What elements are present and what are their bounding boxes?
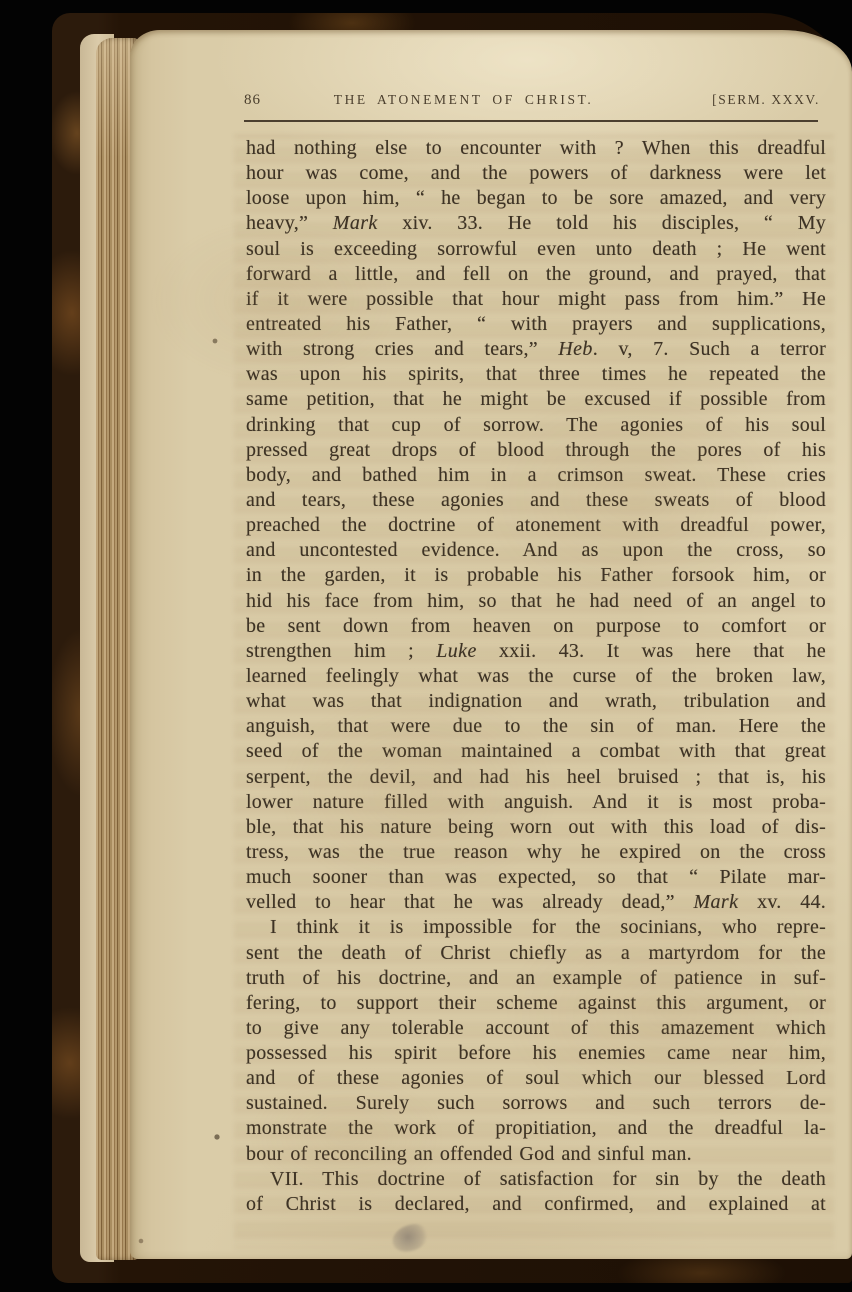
text-line: heavy,” Mark xiv. 33. He told his discip… [246,211,826,236]
sermon-reference: [SERM. XXXV. [712,92,820,108]
text-line: what was that indignation and wrath, tri… [246,689,826,714]
text-line: to give any tolerable account of this am… [246,1016,826,1041]
text-line: learned feelingly what was the curse of … [246,664,826,689]
text-line: seed of the woman maintained a combat wi… [246,739,826,764]
text-line: in the garden, it is probable his Father… [246,563,826,588]
text-line: tress, was the true reason why he expire… [246,840,826,865]
text-line: VII. This doctrine of satisfaction for s… [246,1167,826,1192]
text-line: ble, that his nature being worn out with… [246,815,826,840]
text-line: loose upon him, “ he began to be sore am… [246,186,826,211]
text-line: lower nature filled with anguish. And it… [246,790,826,815]
header-double-rule [244,120,818,125]
text-line: possessed his spirit before his enemies … [246,1041,826,1066]
text-line: I think it is impossible for the socinia… [246,915,826,940]
text-line: preached the doctrine of atonement with … [246,513,826,538]
text-line: sent the death of Christ chiefly as a ma… [246,941,826,966]
book-page: 86 THE ATONEMENT OF CHRIST. [SERM. XXXV.… [130,30,852,1259]
text-line: anguish, that were due to the sin of man… [246,714,826,739]
text-line: serpent, the devil, and had his heel bru… [246,765,826,790]
text-line: entreated his Father, “ with prayers and… [246,312,826,337]
page-number: 86 [244,92,261,109]
text-line: and tears, these agonies and these sweat… [246,488,826,513]
text-line: much sooner than was expected, so that “… [246,865,826,890]
text-line: of Christ is declared, and confirmed, an… [246,1192,826,1217]
text-line: body, and bathed him in a crimson sweat.… [246,463,826,488]
text-line: with strong cries and tears,” Heb. v, 7.… [246,337,826,362]
ink-smudge [390,1222,431,1255]
text-line: fering, to support their scheme against … [246,991,826,1016]
text-line: hid his face from him, so that he had ne… [246,589,826,614]
text-line: drinking that cup of sorrow. The agonies… [246,413,826,438]
text-line: sustained. Surely such sorrows and such … [246,1091,826,1116]
text-line: be sent down from heaven on purpose to c… [246,614,826,639]
text-line: soul is exceeding sorrowful even unto de… [246,237,826,262]
text-line: monstrate the work of propitiation, and … [246,1116,826,1141]
photo-backdrop: 86 THE ATONEMENT OF CHRIST. [SERM. XXXV.… [0,0,852,1292]
page-header: 86 THE ATONEMENT OF CHRIST. [SERM. XXXV. [244,92,820,109]
text-line: had nothing else to encounter with ? Whe… [246,136,826,161]
running-title: THE ATONEMENT OF CHRIST. [261,92,712,108]
text-line: velled to hear that he was already dead,… [246,890,826,915]
text-line: strengthen him ; Luke xxii. 43. It was h… [246,639,826,664]
text-line: pressed great drops of blood through the… [246,438,826,463]
text-line: forward a little, and fell on the ground… [246,262,826,287]
text-line: was upon his spirits, that three times h… [246,362,826,387]
text-line: truth of his doctrine, and an example of… [246,966,826,991]
text-line: and uncontested evidence. And as upon th… [246,538,826,563]
paper-specks [130,30,132,32]
text-line: same petition, that he might be excused … [246,387,826,412]
body-text: had nothing else to encounter with ? Whe… [246,136,826,1217]
text-line: and of these agonies of soul which our b… [246,1066,826,1091]
text-line: hour was come, and the powers of darknes… [246,161,826,186]
text-line: if it were possible that hour might pass… [246,287,826,312]
text-line: bour of reconciling an offended God and … [246,1142,826,1167]
